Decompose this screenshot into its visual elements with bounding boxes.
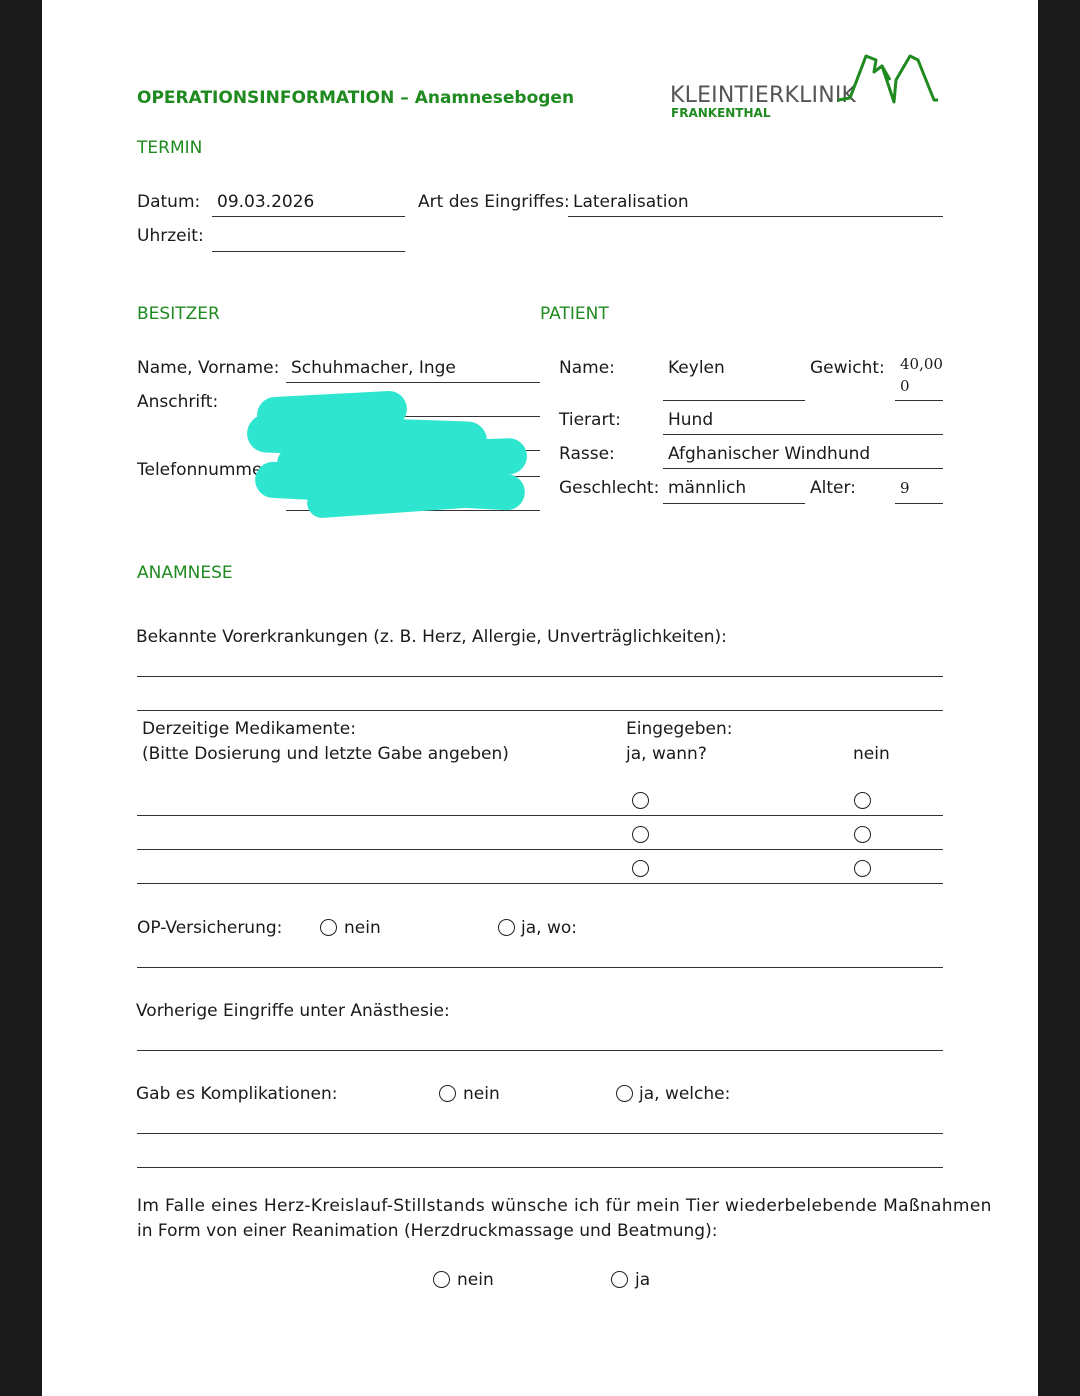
tierart-underline <box>663 434 943 435</box>
vorerkrankungen-label: Bekannte Vorerkrankungen (z. B. Herz, Al… <box>136 627 727 647</box>
uhrzeit-field[interactable] <box>217 226 402 246</box>
gewicht-underline <box>895 400 943 401</box>
document-title: OPERATIONSINFORMATION – Anamnesebogen <box>137 88 574 108</box>
eingriffe-line[interactable] <box>137 1050 943 1051</box>
rasse-field[interactable]: Afghanischer Windhund <box>668 444 870 464</box>
komplikationen-nein-label: nein <box>463 1084 500 1104</box>
med-row-3-ja-radio[interactable] <box>632 860 649 877</box>
redaction-overlay <box>247 390 537 520</box>
medikamente-label: Derzeitige Medikamente: <box>142 719 356 739</box>
geschlecht-underline <box>663 503 805 504</box>
versicherung-ja-radio[interactable] <box>498 919 515 936</box>
patient-name-field[interactable]: Keylen <box>668 358 725 378</box>
uhrzeit-underline <box>212 251 405 252</box>
vorerkrankungen-line-1[interactable] <box>137 676 943 677</box>
med-row-2-ja-radio[interactable] <box>632 826 649 843</box>
gewicht-label: Gewicht: <box>810 358 885 378</box>
komplikationen-ja-label: ja, welche: <box>639 1084 730 1104</box>
med-row-1-line[interactable] <box>137 815 943 816</box>
eingriffe-label: Vorherige Eingriffe unter Anästhesie: <box>136 1001 450 1021</box>
med-row-3-line[interactable] <box>137 883 943 884</box>
owner-name-underline <box>286 382 540 383</box>
eingriff-label: Art des Eingriffes: <box>418 192 570 212</box>
datum-field[interactable]: 09.03.2026 <box>217 192 314 212</box>
rasse-label: Rasse: <box>559 444 615 464</box>
datum-label: Datum: <box>137 192 200 212</box>
logo-name: KLEINTIERKLINIK <box>670 83 856 108</box>
reanimation-text-2: in Form von einer Reanimation (Herzdruck… <box>137 1221 717 1241</box>
medikamente-hint: (Bitte Dosierung und letzte Gabe angeben… <box>142 744 509 764</box>
tierart-field[interactable]: Hund <box>668 410 713 430</box>
med-row-2-line[interactable] <box>137 849 943 850</box>
logo-subtitle: FRANKENTHAL <box>671 106 770 120</box>
komplikationen-label: Gab es Komplikationen: <box>136 1084 338 1104</box>
eingriff-underline <box>568 216 943 217</box>
alter-label: Alter: <box>810 478 856 498</box>
owner-name-field[interactable]: Schuhmacher, Inge <box>291 358 456 378</box>
med-row-1-nein-radio[interactable] <box>854 792 871 809</box>
versicherung-ja-label: ja, wo: <box>521 918 577 938</box>
rasse-underline <box>663 468 943 469</box>
versicherung-nein-radio[interactable] <box>320 919 337 936</box>
geschlecht-label: Geschlecht: <box>559 478 659 498</box>
med-row-1-ja-radio[interactable] <box>632 792 649 809</box>
komplikationen-nein-radio[interactable] <box>439 1085 456 1102</box>
patient-name-label: Name: <box>559 358 615 378</box>
gewicht-field-line2[interactable]: 0 <box>900 377 910 395</box>
reanimation-text-1: Im Falle eines Herz-Kreislauf-Stillstand… <box>137 1196 992 1216</box>
eingriff-field[interactable]: Lateralisation <box>573 192 689 212</box>
gewicht-field-line1[interactable]: 40,00 <box>900 355 943 373</box>
uhrzeit-label: Uhrzeit: <box>137 226 204 246</box>
reanimation-nein-radio[interactable] <box>433 1271 450 1288</box>
versicherung-label: OP-Versicherung: <box>137 918 282 938</box>
reanimation-ja-radio[interactable] <box>611 1271 628 1288</box>
mountain-logo-icon <box>838 50 938 106</box>
tierart-label: Tierart: <box>559 410 621 430</box>
komplikationen-line-2[interactable] <box>137 1167 943 1168</box>
section-besitzer: BESITZER <box>137 304 220 324</box>
datum-underline <box>212 216 405 217</box>
eingegeben-label: Eingegeben: <box>626 719 733 739</box>
geschlecht-field[interactable]: männlich <box>668 478 746 498</box>
komplikationen-line-1[interactable] <box>137 1133 943 1134</box>
alter-field[interactable]: 9 <box>900 479 910 497</box>
komplikationen-ja-radio[interactable] <box>616 1085 633 1102</box>
anschrift-label: Anschrift: <box>137 392 218 412</box>
ja-wann-label: ja, wann? <box>626 744 707 764</box>
section-termin: TERMIN <box>137 138 202 158</box>
alter-underline <box>895 503 943 504</box>
versicherung-line[interactable] <box>137 967 943 968</box>
versicherung-nein-label: nein <box>344 918 381 938</box>
vorerkrankungen-line-2[interactable] <box>137 710 943 711</box>
reanimation-ja-label: ja <box>635 1270 650 1290</box>
owner-name-label: Name, Vorname: <box>137 358 279 378</box>
section-patient: PATIENT <box>540 304 609 324</box>
clinic-logo: KLEINTIERKLINIK FRANKENTHAL <box>670 50 940 122</box>
med-row-3-nein-radio[interactable] <box>854 860 871 877</box>
section-anamnese: ANAMNESE <box>137 563 233 583</box>
document-page: OPERATIONSINFORMATION – Anamnesebogen KL… <box>42 0 1038 1396</box>
patient-name-underline <box>663 400 805 401</box>
nein-column-label: nein <box>853 744 890 764</box>
med-row-2-nein-radio[interactable] <box>854 826 871 843</box>
reanimation-nein-label: nein <box>457 1270 494 1290</box>
